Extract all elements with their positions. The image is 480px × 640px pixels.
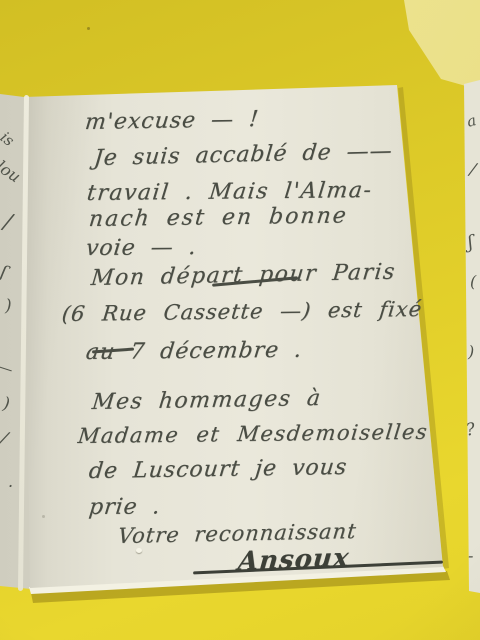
handwriting-fragment: . (8, 472, 13, 491)
handwriting-fragment: / (468, 160, 477, 181)
handwriting-fragment: a (465, 111, 478, 131)
handwriting-line: travail . Mais l'Alma- (86, 178, 374, 206)
handwriting-line: de Luscourt je vous (88, 455, 349, 484)
handwriting-fragment: ) (5, 296, 12, 316)
handwriting-line: m'excuse — ! (84, 107, 261, 135)
handwriting-line: (6 Rue Cassette —) est fixé (61, 297, 424, 326)
handwriting-fragment: is (0, 128, 18, 150)
signature: Ansoux (237, 543, 351, 577)
handwriting-fragment: - (468, 546, 473, 565)
dust-speck (136, 548, 142, 553)
handwriting-fragment: / (0, 428, 10, 450)
dust-speck (42, 515, 45, 518)
handwriting-fragment: ʃ (0, 262, 9, 283)
handwriting-line: Mes hommages à (91, 386, 323, 415)
dust-speck (87, 27, 90, 30)
handwriting-fragment: lou (0, 157, 24, 187)
handwriting-line: prie . (88, 494, 163, 520)
handwriting-fragment: ) (468, 342, 474, 361)
handwriting-fragment: ʃ (467, 232, 475, 253)
letter-photograph: is lou / ʃ ) — ) / . a / ʃ ( ) ? - m'exc… (0, 0, 480, 640)
handwriting-fragment: / (1, 210, 13, 236)
handwriting-fragment: ( (470, 272, 476, 291)
handwriting-line: nach est en bonne (88, 203, 349, 232)
handwriting-fragment: ) (2, 394, 11, 415)
handwriting-line: Madame et Mesdemoiselles (77, 420, 430, 448)
handwriting-line: au 7 décembre . (85, 338, 304, 365)
handwriting-fragment: — (0, 356, 16, 379)
handwriting-line: voie — . (85, 235, 199, 261)
handwriting-fragment: ? (464, 419, 476, 440)
